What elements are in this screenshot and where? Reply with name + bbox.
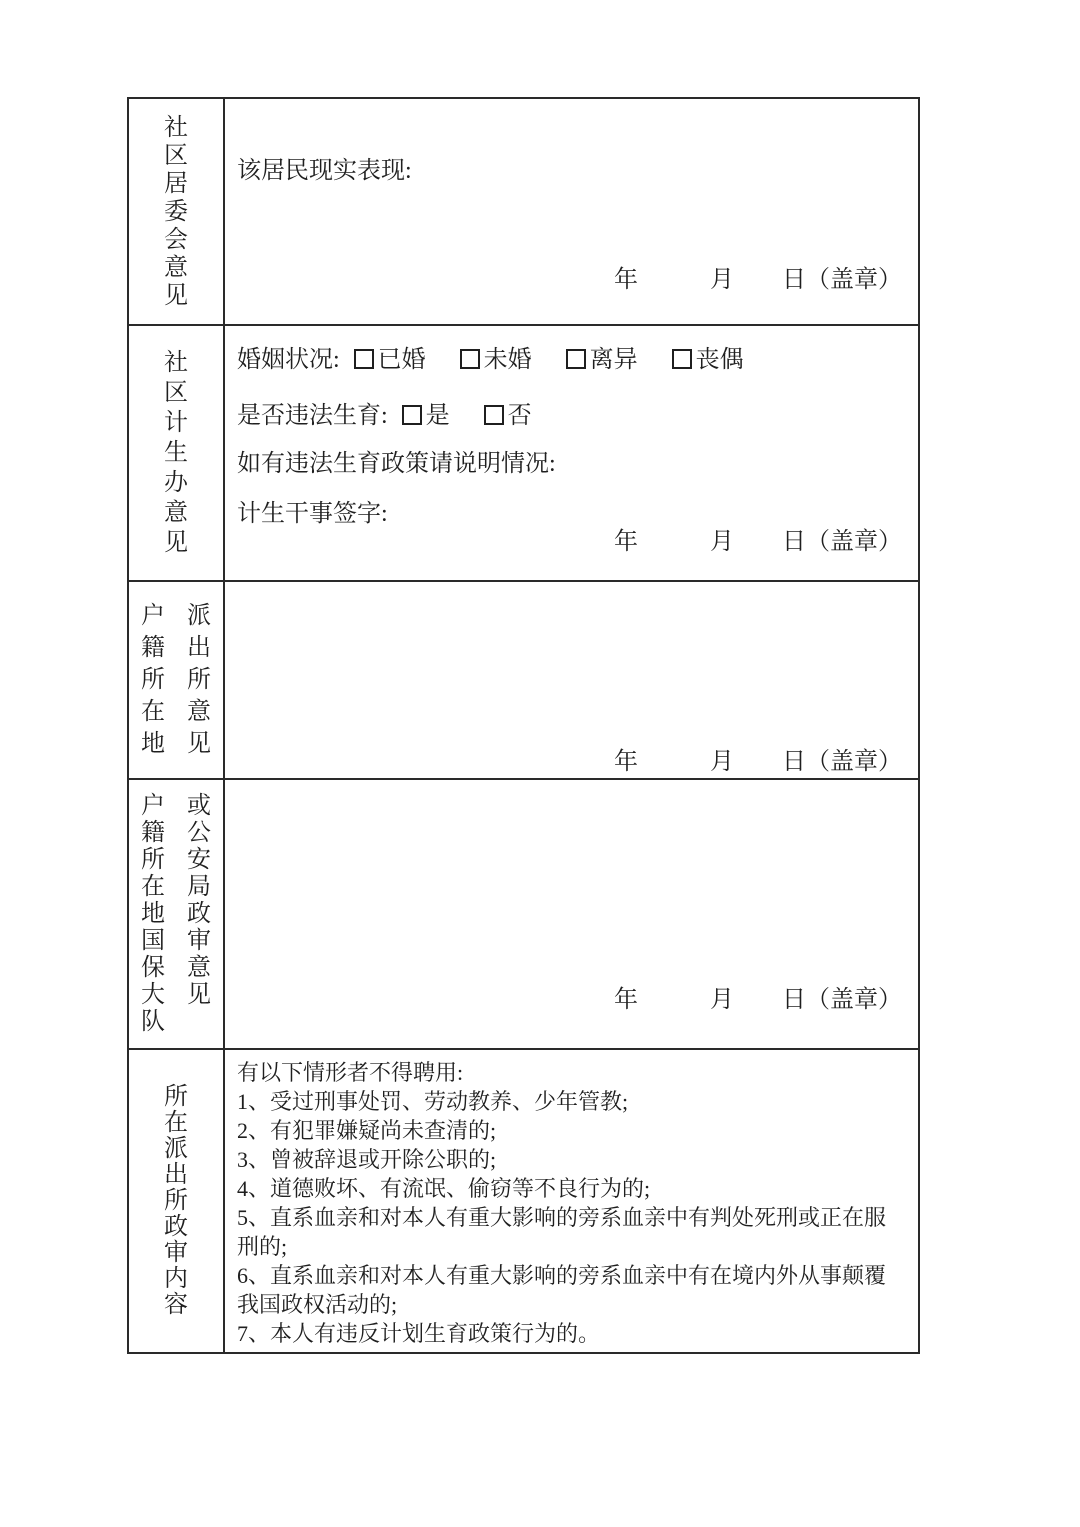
header-columns: 户籍所在地国保大队 或公安局政审意见 <box>140 793 212 1036</box>
criteria-item: 4、道德败坏、有流氓、偷窃等不良行为的; <box>237 1174 904 1203</box>
row-header-label: 户籍所在地 <box>140 600 166 760</box>
checkbox-icon <box>354 349 374 369</box>
criteria-item: 1、受过刑事处罚、劳动教养、少年管教; <box>237 1087 904 1116</box>
illegal-birth-line: 是否违法生育:是否 <box>237 402 904 430</box>
table-row-review-criteria: 所在派出所政审内容 有以下情形者不得聘用: 1、受过刑事处罚、劳动教养、少年管教… <box>129 1048 918 1352</box>
date-seal-line: 年 月 日（盖章） <box>237 986 904 1014</box>
checkbox-option-divorced[interactable]: 离异 <box>566 346 638 374</box>
criteria-item: 6、直系血亲和对本人有重大影响的旁系血亲中有在境内外从事颠覆我国政权活动的; <box>237 1261 904 1319</box>
checkbox-label: 否 <box>508 403 532 429</box>
criteria-item: 2、有犯罪嫌疑尚未查清的; <box>237 1116 904 1145</box>
row-header-label: 所在派出所政审内容 <box>163 1084 189 1318</box>
table-row-family-planning-opinion: 社区计生办意见 婚姻状况:已婚未婚离异丧偶 是否违法生育:是否 如有违法生育政策… <box>129 324 918 580</box>
table-row-police-station-opinion: 户籍所在地 派出所意见 年 月 日（盖章） <box>129 580 918 778</box>
header-cell: 社区居委会意见 <box>129 99 225 324</box>
resident-performance-label: 该居民现实表现: <box>237 157 904 185</box>
political-review-form-table: 社区居委会意见 该居民现实表现: 年 月 日（盖章） 社区计生办意见 婚姻状况:… <box>127 97 920 1354</box>
checkbox-label: 已婚 <box>378 347 426 373</box>
content-cell: 年 月 日（盖章） <box>225 780 918 1048</box>
content-cell: 婚姻状况:已婚未婚离异丧偶 是否违法生育:是否 如有违法生育政策请说明情况: 计… <box>225 326 918 580</box>
content-cell: 该居民现实表现: 年 月 日（盖章） <box>225 99 918 324</box>
checkbox-label: 是 <box>426 403 450 429</box>
criteria-intro-line: 有以下情形者不得聘用: <box>237 1058 904 1087</box>
checkbox-option-no[interactable]: 否 <box>484 402 532 430</box>
date-seal-line: 年 月 日（盖章） <box>237 266 904 294</box>
row-header-label: 社区计生办意见 <box>163 348 189 558</box>
checkbox-option-unmarried[interactable]: 未婚 <box>460 346 532 374</box>
header-cell: 户籍所在地 派出所意见 <box>129 582 225 778</box>
date-seal-line: 年 月 日（盖章） <box>237 748 904 776</box>
illegal-birth-label: 是否违法生育: <box>237 403 388 429</box>
table-row-community-committee-opinion: 社区居委会意见 该居民现实表现: 年 月 日（盖章） <box>129 99 918 324</box>
checkbox-icon <box>566 349 586 369</box>
header-columns: 户籍所在地 派出所意见 <box>140 600 212 760</box>
row-header-label: 派出所意见 <box>186 600 212 760</box>
criteria-item: 3、曾被辞退或开除公职的; <box>237 1145 904 1174</box>
checkbox-label: 丧偶 <box>696 347 744 373</box>
content-cell: 有以下情形者不得聘用: 1、受过刑事处罚、劳动教养、少年管教; 2、有犯罪嫌疑尚… <box>225 1050 918 1352</box>
date-seal-line: 年 月 日（盖章） <box>237 528 904 556</box>
explain-situation-label: 如有违法生育政策请说明情况: <box>237 450 904 478</box>
row-header-label: 或公安局政审意见 <box>186 793 212 1009</box>
checkbox-icon <box>672 349 692 369</box>
row-header-label: 户籍所在地国保大队 <box>140 793 166 1036</box>
row-header-label: 社区居委会意见 <box>163 114 189 310</box>
officer-signature-label: 计生干事签字: <box>237 500 904 528</box>
header-cell: 户籍所在地国保大队 或公安局政审意见 <box>129 780 225 1048</box>
checkbox-label: 离异 <box>590 347 638 373</box>
marital-status-label: 婚姻状况: <box>237 347 340 373</box>
checkbox-option-widowed[interactable]: 丧偶 <box>672 346 744 374</box>
header-cell: 社区计生办意见 <box>129 326 225 580</box>
checkbox-label: 未婚 <box>484 347 532 373</box>
checkbox-option-yes[interactable]: 是 <box>402 402 450 430</box>
checkbox-icon <box>460 349 480 369</box>
header-cell: 所在派出所政审内容 <box>129 1050 225 1352</box>
checkbox-icon <box>484 405 504 425</box>
checkbox-option-married[interactable]: 已婚 <box>354 346 426 374</box>
criteria-item: 7、本人有违反计划生育政策行为的。 <box>237 1319 904 1348</box>
marital-status-line: 婚姻状况:已婚未婚离异丧偶 <box>237 346 904 374</box>
document-page: 社区居委会意见 该居民现实表现: 年 月 日（盖章） 社区计生办意见 婚姻状况:… <box>0 0 1080 1527</box>
criteria-item: 5、直系血亲和对本人有重大影响的旁系血亲中有判处死刑或正在服刑的; <box>237 1203 904 1261</box>
table-row-security-brigade-opinion: 户籍所在地国保大队 或公安局政审意见 年 月 日（盖章） <box>129 778 918 1048</box>
checkbox-icon <box>402 405 422 425</box>
content-cell: 年 月 日（盖章） <box>225 582 918 778</box>
